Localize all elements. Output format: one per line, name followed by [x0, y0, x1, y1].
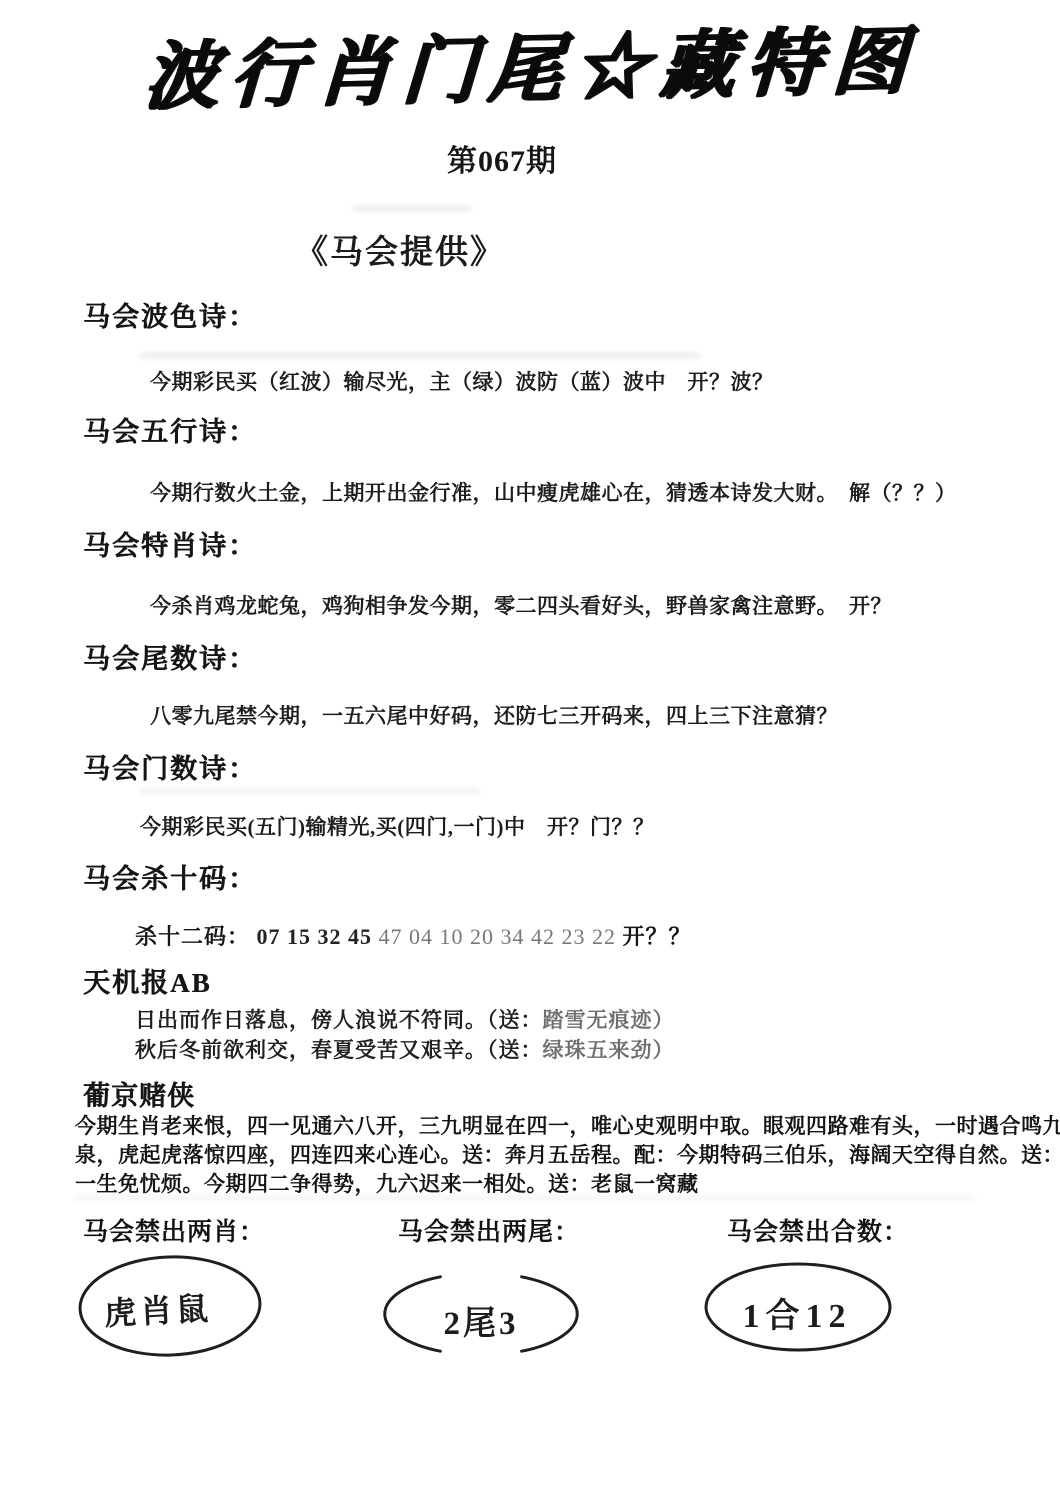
page-title: 波行肖门尾☆藏特图 [107, 5, 953, 143]
poem-bose: 今期彩民买（红波）输尽光，主（绿）波防（蓝）波中 开？波？ [150, 366, 774, 396]
forbid-zodiac-value: 虎肖鼠 [77, 1282, 239, 1336]
kill-label: 杀十二码： [135, 924, 250, 949]
tianji-line-a-gift: 踏雪无痕迹） [543, 1008, 675, 1032]
section-heading-weishu: 马会尾数诗： [83, 637, 257, 676]
kill-suffix: 开？？ [623, 924, 692, 949]
scan-artifact [140, 352, 700, 359]
section-heading-wuxing: 马会五行诗： [83, 410, 257, 449]
tianji-line-b: 秋后冬前欲利交，春夏受苦又艰辛。（送：绿珠五来劲） [135, 1034, 675, 1064]
pujing-line-2: 泉，虎起虎落惊四座，四连四来心连心。送：奔月五岳程。配：今期特码三伯乐，海阔天空… [75, 1139, 1060, 1169]
section-heading-shashima: 马会杀十码： [83, 857, 257, 896]
poem-wuxing: 今期行数火土金，上期开出金行准，山中瘦虎雄心在，猜透本诗发大财。 解（？？） [150, 477, 957, 507]
scan-artifact [140, 788, 480, 794]
scan-page: 波行肖门尾☆藏特图 第067期 《马会提供》 马会波色诗： 今期彩民买（红波）输… [0, 0, 1060, 1500]
forbid-sum-label: 马会禁出合数： [727, 1212, 909, 1248]
section-heading-texiao: 马会特肖诗： [83, 524, 257, 563]
provider-heading: 《马会提供》 [295, 226, 505, 273]
tianji-line-a: 日出而作日落息，傍人浪说不符同。（送：踏雪无痕迹） [135, 1004, 675, 1034]
pujing-line-1: 今期生肖老来恨，四一见通六八开，三九明显在四一，唯心史观明中取。眼观四路难有头，… [75, 1110, 1060, 1140]
forbid-tail-label: 马会禁出两尾： [398, 1212, 580, 1248]
kill-numbers-line: 杀十二码： 07 15 32 45 47 04 10 20 34 42 23 2… [135, 920, 692, 951]
pujing-line-3: 一生免忧烦。今期四二争得势，九六迟来一相处。送：老鼠一窝藏 [75, 1168, 699, 1198]
poem-weishu: 八零九尾禁今期，一五六尾中好码，还防七三开码来，四上三下注意猜？ [150, 700, 838, 730]
poem-menshu: 今期彩民买(五门)输精光,买(四门,一门)中 开？门？？ [140, 811, 654, 841]
scan-artifact [352, 206, 472, 211]
section-heading-pujing: 葡京赌侠 [83, 1074, 195, 1113]
tianji-line-b-gift: 绿珠五来劲） [543, 1038, 675, 1062]
kill-numbers-light: 47 04 10 20 34 42 23 22 [379, 924, 623, 949]
tianji-line-a-text: 日出而作日落息，傍人浪说不符同。（送： [135, 1008, 543, 1032]
section-heading-tianji: 天机报AB [83, 961, 212, 1000]
issue-number: 第067期 [0, 136, 1004, 180]
forbid-sum-value: 1合12 [705, 1288, 889, 1337]
section-heading-menshu: 马会门数诗： [83, 747, 257, 786]
section-heading-bose: 马会波色诗： [83, 295, 257, 334]
forbid-tail-value: 2尾3 [385, 1297, 577, 1344]
kill-numbers-strong: 07 15 32 45 [257, 924, 373, 949]
forbid-zodiac-label: 马会禁出两肖： [83, 1212, 265, 1248]
tianji-line-b-text: 秋后冬前欲利交，春夏受苦又艰辛。（送： [135, 1038, 543, 1062]
poem-texiao: 今杀肖鸡龙蛇兔，鸡狗相争发今期，零二四头看好头，野兽家禽注意野。 开？ [150, 590, 892, 620]
